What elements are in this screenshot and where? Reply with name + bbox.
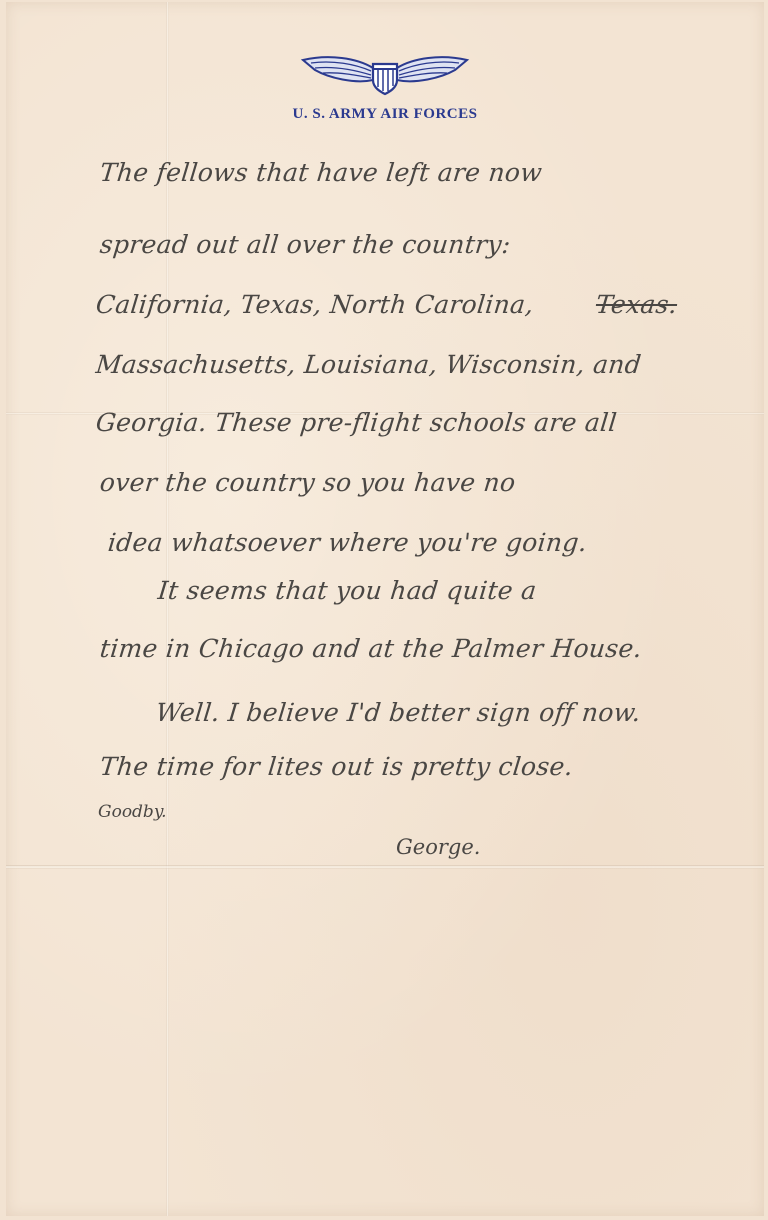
letter-line: It seems that you had quite a bbox=[157, 578, 538, 603]
letter-line: Massachusetts, Louisiana, Wisconsin, and bbox=[95, 352, 643, 377]
pilot-wings-icon bbox=[299, 50, 471, 96]
letter-closing: Goodby. bbox=[98, 802, 167, 822]
letter-line: The fellows that have left are now bbox=[99, 160, 544, 185]
letter-paper: U. S. ARMY AIR FORCES The fellows that h… bbox=[6, 2, 764, 1216]
organization-name: U. S. ARMY AIR FORCES bbox=[6, 106, 764, 123]
letter-line: Well. I believe I'd better sign off now. bbox=[155, 700, 642, 725]
letterhead: U. S. ARMY AIR FORCES bbox=[6, 50, 764, 123]
letter-line: California, Texas, North Carolina, bbox=[95, 292, 535, 317]
letter-signature: George. bbox=[396, 835, 480, 859]
letter-line: The time for lites out is pretty close. bbox=[99, 754, 575, 779]
letter-line: idea whatsoever where you're going. bbox=[107, 530, 589, 555]
letter-line: spread out all over the country: bbox=[99, 232, 512, 257]
letter-line: time in Chicago and at the Palmer House. bbox=[99, 636, 644, 661]
letter-line: Georgia. These pre-flight schools are al… bbox=[95, 410, 618, 435]
letter-line: over the country so you have no bbox=[99, 470, 517, 495]
letter-line-struck-out: Texas. bbox=[595, 292, 679, 317]
horizontal-fold-crease-lower bbox=[6, 865, 764, 869]
